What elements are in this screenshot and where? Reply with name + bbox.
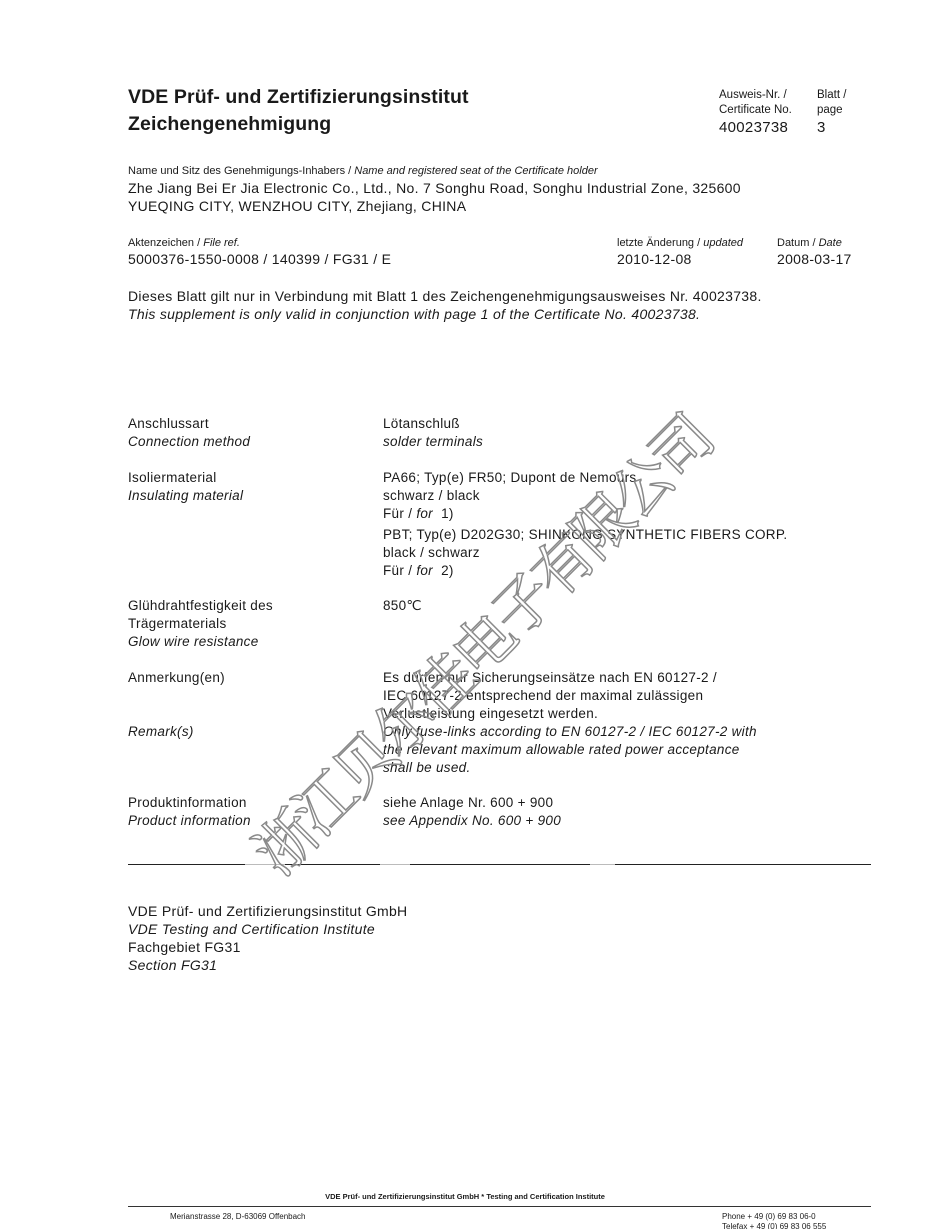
- updated-label-de: letzte Änderung /: [617, 237, 703, 249]
- for-label-de: Für /: [383, 506, 416, 521]
- title-line-2: Zeichengenehmigung: [128, 111, 469, 138]
- insulating-value-6: Für / for 2): [383, 562, 454, 580]
- certificate-label-en: Certificate No.: [719, 103, 792, 118]
- updated-label: letzte Änderung / updated: [617, 236, 743, 250]
- date-label-de: Datum /: [777, 237, 819, 249]
- product-label-de: Produktinformation: [128, 794, 247, 812]
- page-block: Blatt / page: [817, 88, 846, 118]
- divider-gap: [380, 864, 410, 865]
- file-ref-label-de: Aktenzeichen /: [128, 237, 203, 249]
- certificate-number-block: Ausweis-Nr. / Certificate No.: [719, 88, 792, 118]
- title-line-1: VDE Prüf- und Zertifizierungsinstitut: [128, 84, 469, 111]
- product-label-en: Product information: [128, 812, 251, 830]
- for-number: 2): [441, 563, 454, 578]
- footer-telefax: Telefax + 49 (0) 69 83 06 555: [722, 1222, 826, 1229]
- connection-label-en: Connection method: [128, 433, 250, 451]
- for-label-en: for: [416, 563, 433, 578]
- remarks-de-1: Es dürfen nur Sicherungseinsätze nach EN…: [383, 669, 717, 687]
- for-label-de: Für /: [383, 563, 416, 578]
- for-number: 1): [441, 506, 454, 521]
- signature-line-4: Section FG31: [128, 956, 217, 974]
- holder-address-line-1: Zhe Jiang Bei Er Jia Electronic Co., Ltd…: [128, 179, 741, 197]
- remarks-de-3: Verlustleistung eingesetzt werden.: [383, 705, 598, 723]
- glow-value: 850℃: [383, 597, 422, 615]
- divider-gap: [245, 864, 285, 865]
- signature-line-1: VDE Prüf- und Zertifizierungsinstitut Gm…: [128, 902, 407, 920]
- insulating-value-1: PA66; Typ(e) FR50; Dupont de Nemours: [383, 469, 636, 487]
- document-title: VDE Prüf- und Zertifizierungsinstitut Ze…: [128, 84, 469, 138]
- glow-label-de-1: Glühdrahtfestigkeit des: [128, 597, 273, 615]
- holder-label-en: Name and registered seat of the Certific…: [354, 165, 597, 177]
- insulating-value-5: black / schwarz: [383, 544, 480, 562]
- page-label-en: page: [817, 103, 846, 118]
- signature-line-2: VDE Testing and Certification Institute: [128, 920, 375, 938]
- holder-label: Name und Sitz des Genehmigungs-Inhabers …: [128, 164, 598, 178]
- certificate-number: 40023738: [719, 118, 788, 138]
- remarks-en-3: shall be used.: [383, 759, 471, 777]
- connection-value-de: Lötanschluß: [383, 415, 460, 433]
- footer-divider: [128, 1206, 871, 1207]
- connection-value-en: solder terminals: [383, 433, 483, 451]
- file-ref-label: Aktenzeichen / File ref.: [128, 236, 240, 250]
- file-ref-value: 5000376-1550-0008 / 140399 / FG31 / E: [128, 250, 391, 268]
- signature-line-3: Fachgebiet FG31: [128, 938, 241, 956]
- remarks-label-de: Anmerkung(en): [128, 669, 225, 687]
- remarks-label-en: Remark(s): [128, 723, 194, 741]
- glow-label-en: Glow wire resistance: [128, 633, 259, 651]
- remarks-en-2: the relevant maximum allowable rated pow…: [383, 741, 740, 759]
- footer-institute: VDE Prüf- und Zertifizierungsinstitut Gm…: [0, 1192, 930, 1201]
- date-value: 2008-03-17: [777, 250, 852, 268]
- insulating-value-2: schwarz / black: [383, 487, 480, 505]
- product-value-de: siehe Anlage Nr. 600 + 900: [383, 794, 553, 812]
- updated-value: 2010-12-08: [617, 250, 692, 268]
- holder-address-line-2: YUEQING CITY, WENZHOU CITY, Zhejiang, CH…: [128, 197, 466, 215]
- glow-label-de-2: Trägermaterials: [128, 615, 227, 633]
- remarks-en-1: Only fuse-links according to EN 60127-2 …: [383, 723, 757, 741]
- connection-label-de: Anschlussart: [128, 415, 209, 433]
- remarks-de-2: IEC 60127-2 entsprechend der maximal zul…: [383, 687, 703, 705]
- certificate-label-de: Ausweis-Nr. /: [719, 88, 792, 103]
- for-label-en: for: [416, 506, 433, 521]
- page-label-de: Blatt /: [817, 88, 846, 103]
- product-value-en: see Appendix No. 600 + 900: [383, 812, 561, 830]
- validity-de: Dieses Blatt gilt nur in Verbindung mit …: [128, 287, 762, 305]
- footer-phone: Phone + 49 (0) 69 83 06-0: [722, 1212, 816, 1221]
- holder-label-de: Name und Sitz des Genehmigungs-Inhabers …: [128, 165, 354, 177]
- insulating-value-4: PBT; Typ(e) D202G30; SHINKONG SYNTHETIC …: [383, 526, 787, 544]
- insulating-value-3: Für / for 1): [383, 505, 454, 523]
- footer-address: Merianstrasse 28, D-63069 Offenbach: [170, 1212, 305, 1221]
- validity-en: This supplement is only valid in conjunc…: [128, 305, 700, 323]
- section-divider: [128, 864, 871, 865]
- divider-gap: [590, 864, 615, 865]
- insulating-label-de: Isoliermaterial: [128, 469, 217, 487]
- page-number: 3: [817, 118, 826, 138]
- date-label-en: Date: [819, 237, 842, 249]
- insulating-label-en: Insulating material: [128, 487, 243, 505]
- updated-label-en: updated: [703, 237, 743, 249]
- date-label: Datum / Date: [777, 236, 842, 250]
- file-ref-label-en: File ref.: [203, 237, 240, 249]
